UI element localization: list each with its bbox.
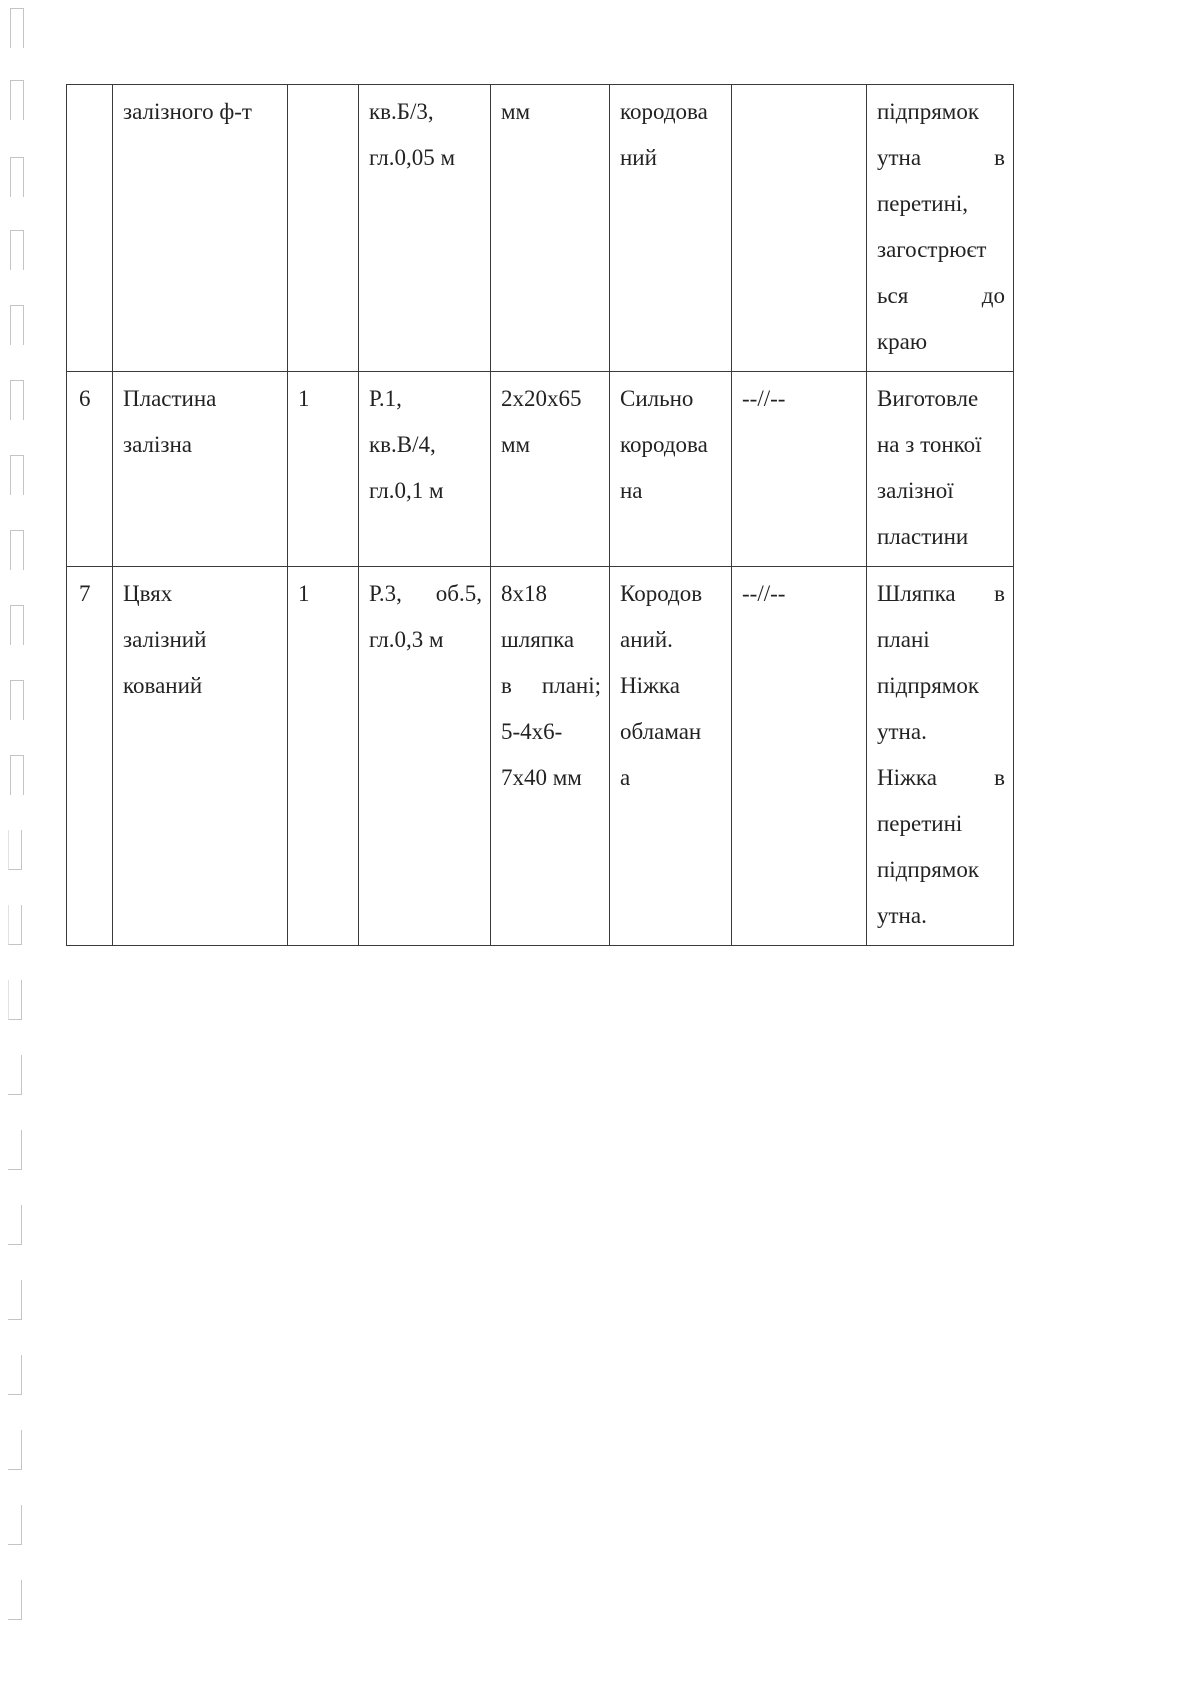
item-notes-text: утнав [877, 135, 1005, 181]
table-row: 6Пластиназалізна1Р.1,кв.В/4,гл.0,1 м2х20… [67, 372, 1014, 567]
item-number-cell [67, 85, 113, 372]
find-location-text: гл.0,1 м [369, 468, 482, 514]
binder-hole-mark [10, 455, 24, 495]
binder-hole-mark [10, 230, 24, 270]
storage-place-text: --//-- [742, 571, 858, 617]
binder-hole-mark [8, 1205, 22, 1245]
item-notes-text: краю [877, 319, 1005, 365]
item-condition-text: Сильно [620, 376, 723, 422]
item-notes-text: пластини [877, 514, 1005, 560]
binder-hole-mark [10, 305, 24, 345]
item-notes-text: Виготовле [877, 376, 1005, 422]
item-condition-text: аний. [620, 617, 723, 663]
binder-hole-mark [8, 1355, 22, 1395]
item-dimensions-cell: мм [491, 85, 610, 372]
item-name-text: залізного ф-т [123, 89, 279, 135]
binder-hole-mark [8, 1430, 22, 1470]
find-location-text: кв.В/4, [369, 422, 482, 468]
item-quantity-text: 1 [298, 571, 350, 617]
item-notes-text: перетині [877, 801, 1005, 847]
binder-hole-mark [8, 1505, 22, 1545]
table-row: 7Цвяхзалізнийкований1Р.3,об.5,гл.0,3 м8х… [67, 567, 1014, 946]
item-notes-cell: Виготовлена з тонкоїзалізноїпластини [867, 372, 1014, 567]
binder-hole-mark [10, 157, 24, 197]
item-quantity-cell: 1 [288, 372, 359, 567]
item-condition-text: Ніжка [620, 663, 723, 709]
binder-hole-mark [8, 1055, 22, 1095]
item-condition-cell: Сильнокородована [610, 372, 732, 567]
binder-hole-mark [10, 380, 24, 420]
binder-hole-mark [10, 8, 24, 48]
item-condition-text: на [620, 468, 723, 514]
item-dimensions-text: 2х20х65 [501, 376, 601, 422]
item-name-text: Пластина [123, 376, 279, 422]
item-notes-text: Ніжкав [877, 755, 1005, 801]
find-location-cell: кв.Б/3,гл.0,05 м [359, 85, 491, 372]
item-notes-text: перетині, [877, 181, 1005, 227]
item-name-cell: Цвяхзалізнийкований [113, 567, 288, 946]
item-notes-cell: Шляпкавпланіпідпрямокутна.Ніжкавперетині… [867, 567, 1014, 946]
item-number-cell: 7 [67, 567, 113, 946]
binder-hole-marks [0, 0, 40, 1683]
storage-place-text: --//-- [742, 376, 858, 422]
item-name-text: Цвях [123, 571, 279, 617]
binder-hole-mark [8, 905, 22, 945]
item-notes-text: підпрямок [877, 89, 1005, 135]
storage-place-cell: --//-- [732, 372, 867, 567]
item-condition-text: ний [620, 135, 723, 181]
binder-hole-mark [10, 755, 24, 795]
storage-place-cell: --//-- [732, 567, 867, 946]
item-name-cell: залізного ф-т [113, 85, 288, 372]
item-name-text: залізна [123, 422, 279, 468]
storage-place-cell [732, 85, 867, 372]
item-dimensions-text: 7х40 мм [501, 755, 601, 801]
item-condition-text: кородова [620, 422, 723, 468]
item-dimensions-text: мм [501, 422, 601, 468]
item-dimensions-text: 8х18 [501, 571, 601, 617]
item-condition-text: Кородов [620, 571, 723, 617]
item-condition-cell: кородований [610, 85, 732, 372]
item-condition-cell: Кородований.Ніжкаобламана [610, 567, 732, 946]
item-notes-text: Шляпкав [877, 571, 1005, 617]
find-location-text: гл.0,05 м [369, 135, 482, 181]
item-notes-text: залізної [877, 468, 1005, 514]
binder-hole-mark [8, 1280, 22, 1320]
item-name-cell: Пластиназалізна [113, 372, 288, 567]
finds-table: залізного ф-ткв.Б/3,гл.0,05 мммкородован… [66, 84, 1014, 946]
binder-hole-mark [8, 980, 22, 1020]
find-location-text: Р.1, [369, 376, 482, 422]
item-notes-text: ьсядо [877, 273, 1005, 319]
find-location-text: гл.0,3 м [369, 617, 482, 663]
item-quantity-cell: 1 [288, 567, 359, 946]
binder-hole-mark [10, 80, 24, 120]
item-dimensions-text: вплані; [501, 663, 601, 709]
item-condition-text: обламан [620, 709, 723, 755]
item-number-text: 6 [79, 376, 104, 422]
item-quantity-cell [288, 85, 359, 372]
item-number-text: 7 [79, 571, 104, 617]
item-notes-text: утна. [877, 893, 1005, 939]
binder-hole-mark [10, 530, 24, 570]
item-notes-text: утна. [877, 709, 1005, 755]
item-name-text: залізний [123, 617, 279, 663]
item-notes-text: на з тонкої [877, 422, 1005, 468]
item-notes-text: підпрямок [877, 847, 1005, 893]
item-condition-text: а [620, 755, 723, 801]
binder-hole-mark [8, 1130, 22, 1170]
find-location-cell: Р.1,кв.В/4,гл.0,1 м [359, 372, 491, 567]
item-dimensions-text: мм [501, 89, 601, 135]
item-notes-cell: підпрямокутнавперетині,загострюєтьсядокр… [867, 85, 1014, 372]
find-location-text: кв.Б/3, [369, 89, 482, 135]
item-quantity-text: 1 [298, 376, 350, 422]
item-dimensions-cell: 2х20х65мм [491, 372, 610, 567]
item-condition-text: кородова [620, 89, 723, 135]
binder-hole-mark [8, 1580, 22, 1620]
binder-hole-mark [10, 680, 24, 720]
table-row: залізного ф-ткв.Б/3,гл.0,05 мммкородован… [67, 85, 1014, 372]
find-location-cell: Р.3,об.5,гл.0,3 м [359, 567, 491, 946]
item-notes-text: загострюєт [877, 227, 1005, 273]
item-notes-text: підпрямок [877, 663, 1005, 709]
find-location-text: Р.3,об.5, [369, 571, 482, 617]
binder-hole-mark [8, 830, 22, 870]
item-dimensions-text: 5-4х6- [501, 709, 601, 755]
item-notes-text: плані [877, 617, 1005, 663]
item-name-text: кований [123, 663, 279, 709]
item-number-cell: 6 [67, 372, 113, 567]
item-dimensions-cell: 8х18шляпкавплані;5-4х6-7х40 мм [491, 567, 610, 946]
item-dimensions-text: шляпка [501, 617, 601, 663]
binder-hole-mark [10, 605, 24, 645]
